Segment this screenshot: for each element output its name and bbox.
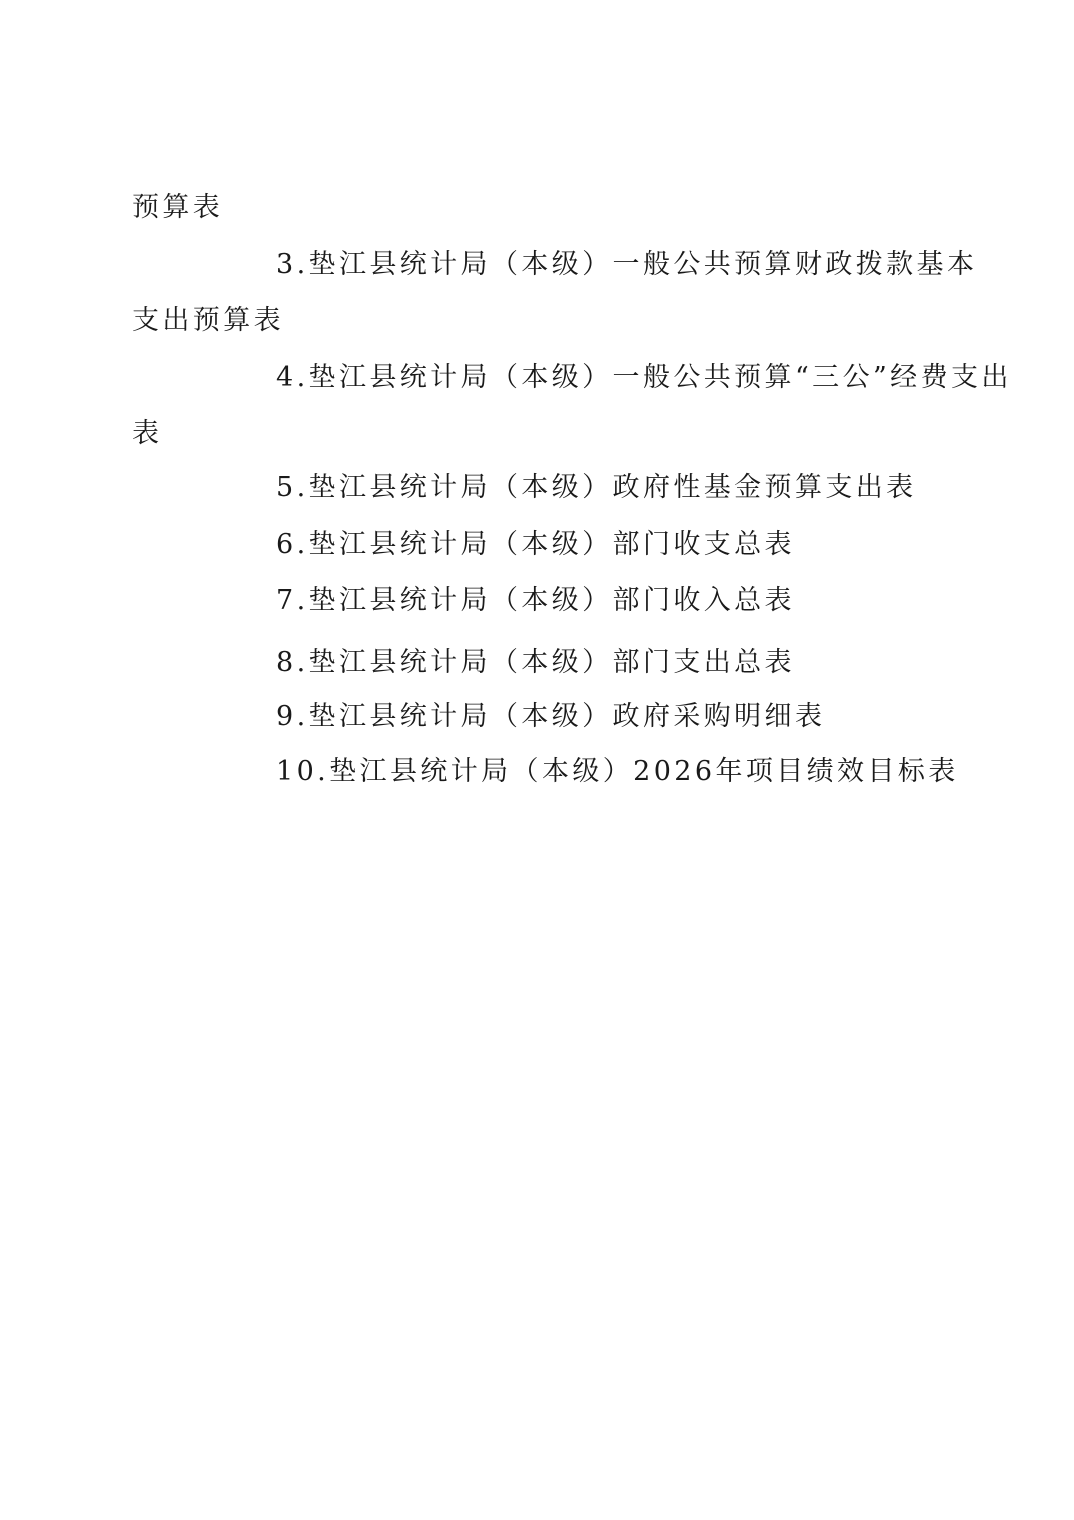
list-item-4: 4.垫江县统计局（本级）一般公共预算“三公”经费支出 — [276, 363, 1012, 393]
continuation-line-3: 支出预算表 — [132, 306, 284, 336]
continuation-line-4: 表 — [132, 419, 162, 449]
list-item-6: 6.垫江县统计局（本级）部门收支总表 — [276, 530, 795, 560]
continuation-line-1: 预算表 — [132, 193, 223, 223]
document-page: 预算表 3.垫江县统计局（本级）一般公共预算财政拨款基本 支出预算表 4.垫江县… — [0, 0, 1074, 1520]
list-item-3: 3.垫江县统计局（本级）一般公共预算财政拨款基本 — [276, 250, 977, 280]
list-item-8: 8.垫江县统计局（本级）部门支出总表 — [276, 648, 795, 678]
list-item-10: 10.垫江县统计局（本级）2026年项目绩效目标表 — [276, 757, 959, 787]
list-item-7: 7.垫江县统计局（本级）部门收入总表 — [276, 586, 795, 616]
list-item-9: 9.垫江县统计局（本级）政府采购明细表 — [276, 702, 825, 732]
list-item-5: 5.垫江县统计局（本级）政府性基金预算支出表 — [276, 473, 917, 503]
